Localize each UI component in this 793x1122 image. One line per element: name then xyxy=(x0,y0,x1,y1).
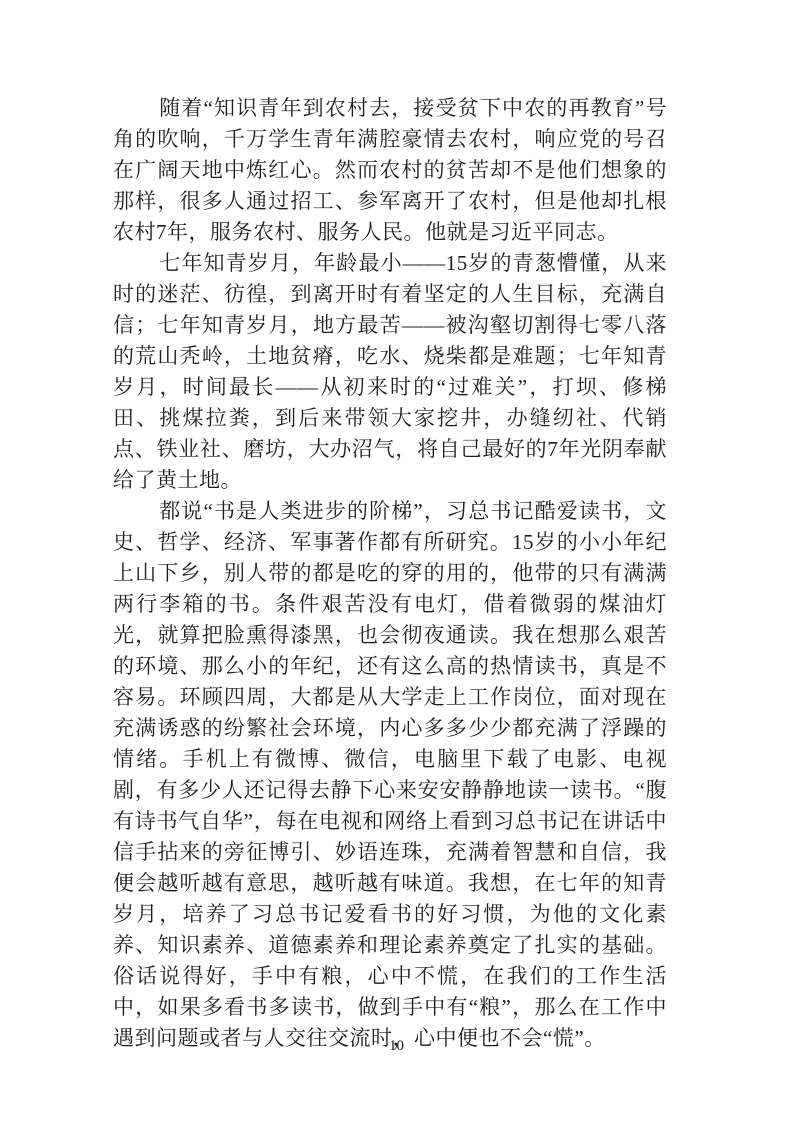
body-paragraph: 随着“知识青年到农村去，接受贫下中农的再教育”号角的吹响，千万学生青年满腔豪情去… xyxy=(113,93,667,248)
body-paragraph: 都说“书是人类进步的阶梯”，习总书记酷爱读书，文史、哲学、经济、军事著作都有所研… xyxy=(113,496,667,1054)
body-paragraph: 七年知青岁月，年龄最小——15岁的青葱懵懂，从来时的迷茫、彷徨，到离开时有着坚定… xyxy=(113,248,667,496)
document-page: 随着“知识青年到农村去，接受贫下中农的再教育”号角的吹响，千万学生青年满腔豪情去… xyxy=(0,0,793,1122)
page-number: 10 xyxy=(0,1038,793,1055)
document-body: 随着“知识青年到农村去，接受贫下中农的再教育”号角的吹响，千万学生青年满腔豪情去… xyxy=(113,93,667,1054)
